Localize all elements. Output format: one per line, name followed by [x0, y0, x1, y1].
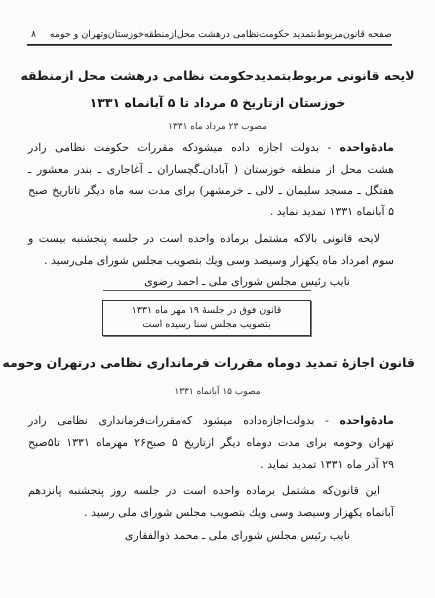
law2-signature: نایب رئیس مجلس شورای ملی ـ محمد ذوالفقار…: [28, 528, 350, 543]
law2-body-line: مادۀواحده - بدولت‌اجازه‌داده میشود که‌مق…: [28, 413, 394, 428]
law1-title-line1: لایحه قانونی مربوط‌بتمدیدحکومت نظامی دره…: [20, 68, 415, 84]
law1-body-line: ۵ آبانماه ۱۳۳۱ تمدید نماید .: [28, 204, 394, 219]
law1-passage-line: لایحه قانونی بالاکه مشتمل برماده واحده ا…: [28, 231, 394, 246]
law1-body-line: هفتگل ـ مسجد سلیمان ـ لالی ـ خرمشهر) برا…: [28, 183, 394, 198]
law2-passage-line: آبانماه یکهزار وسیصد وسی ویك بتصویب مجلس…: [28, 505, 394, 520]
senate-note-line1: قانون فوق در جلسۀ ۱۹ مهر ماه ۱۳۳۱: [103, 304, 310, 318]
law2-body-line: ۲۹ آذر ماه ۱۳۳۱ تمدید نماید .: [28, 457, 394, 472]
header-rule: [27, 44, 392, 46]
law2-passage-line: این قانون‌که مشتمل برماده واحده است در ج…: [28, 483, 394, 498]
page-number: ۸: [31, 29, 36, 41]
running-header: صفحه قانون‌مربوط‌بتمدید حکومت‌نظامی درهش…: [27, 29, 392, 41]
law2-body-line: تهران وحومه برای مدت دوماه دیگر ازتاریخ …: [28, 435, 394, 450]
law1-passage-line: سوم امرداد ماه یکهزار وسیصد وسی ویك بتصو…: [28, 253, 394, 268]
document-page: صفحه قانون‌مربوط‌بتمدید حکومت‌نظامی درهش…: [0, 0, 435, 598]
law1-approval-date: مصوب ۲۳ مرداد ماه ۱۳۳۱: [20, 122, 415, 133]
law1-title-line2: خوزستان ازتاریخ ۵ مرداد تا ۵ آبانماه ۱۳۳…: [20, 95, 415, 111]
law1-article-label: مادۀواحده: [340, 141, 394, 154]
law1-signature: نایب رئیس مجلس شورای ملی ـ احمد رضوی: [28, 274, 350, 289]
law1-body-line: هشت محل از منطقه خوزستان ( آبادان‌ـ‌گچسا…: [28, 162, 394, 177]
law2-article-label: مادۀواحده: [340, 414, 394, 427]
running-title: صفحه قانون‌مربوط‌بتمدید حکومت‌نظامی درهش…: [50, 29, 392, 40]
senate-approval-box: قانون فوق در جلسۀ ۱۹ مهر ماه ۱۳۳۱ بتصویب…: [102, 300, 311, 336]
law2-title: قانون اجازۀ تمدید دوماه مقررات فرمانداری…: [20, 355, 415, 371]
law2-approval-date: مصوب ۱۵ آبانماه ۱۳۳۱: [20, 387, 415, 398]
law1-body-line: مادۀواحده - بدولت اجازه داده میشودکه مقر…: [28, 140, 394, 155]
separator-rule: [103, 290, 311, 291]
senate-note-line2: بتصویب مجلس سنا رسیده است: [103, 318, 310, 332]
